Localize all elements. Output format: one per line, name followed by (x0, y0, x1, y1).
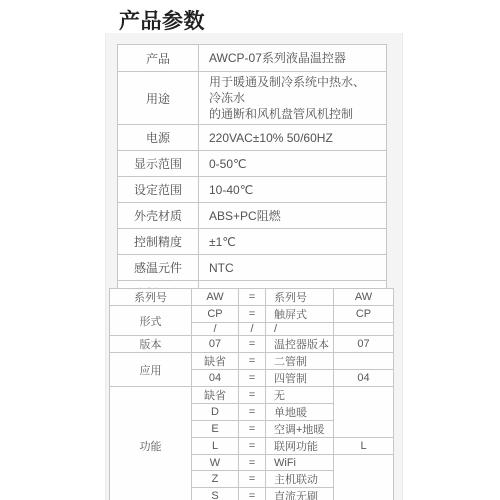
equals-sign: = (239, 488, 266, 500)
spec-value-line: 用于暖通及制冷系统中热水、冷冻水 (209, 74, 376, 106)
model-value (334, 323, 394, 336)
spec-label: 感温元件 (118, 255, 199, 281)
model-code: D (192, 404, 239, 421)
model-group-label: 版本 (110, 336, 192, 353)
spec-value-line: 的通断和风机盘管风机控制 (209, 106, 376, 122)
model-desc: 触屏式 (266, 306, 334, 323)
spec-value: 10-40℃ (199, 177, 387, 203)
model-group-label: 形式 (110, 306, 192, 336)
model-group-label: 功能 (110, 387, 192, 500)
model-desc: 联网功能 (266, 438, 334, 455)
model-value: 07 (334, 336, 394, 353)
model-desc: 系列号 (266, 289, 334, 306)
model-desc: 二管制 (266, 353, 334, 370)
equals-sign: / (239, 323, 266, 336)
table-row: 外壳材质 ABS+PC阻燃 (118, 203, 387, 229)
model-code: Z (192, 471, 239, 488)
spec-value: NTC (199, 255, 387, 281)
equals-sign: = (239, 306, 266, 323)
equals-sign: = (239, 404, 266, 421)
spec-value: AWCP-07系列液晶温控器 (199, 45, 387, 72)
equals-sign: = (239, 289, 266, 306)
equals-sign: = (239, 370, 266, 387)
model-desc: / (266, 323, 334, 336)
spec-value: ABS+PC阻燃 (199, 203, 387, 229)
model-code: L (192, 438, 239, 455)
table-row: 控制精度 ±1℃ (118, 229, 387, 255)
table-row: 系列号 AW = 系列号 AW (110, 289, 394, 306)
equals-sign: = (239, 438, 266, 455)
model-desc: 直流无刷 (266, 488, 334, 500)
spec-label: 显示范围 (118, 151, 199, 177)
model-value: 04 (334, 370, 394, 387)
content-panel: 产品 AWCP-07系列液晶温控器 用途 用于暖通及制冷系统中热水、冷冻水 的通… (105, 33, 403, 500)
equals-sign: = (239, 353, 266, 370)
equals-sign: = (239, 421, 266, 438)
spec-label: 设定范围 (118, 177, 199, 203)
model-value (334, 387, 394, 438)
table-row: 版本 07 = 温控器版本 07 (110, 336, 394, 353)
model-desc: 无 (266, 387, 334, 404)
model-code: W (192, 455, 239, 471)
model-code: 缺省 (192, 353, 239, 370)
equals-sign: = (239, 471, 266, 488)
table-row: 用途 用于暖通及制冷系统中热水、冷冻水 的通断和风机盘管风机控制 (118, 72, 387, 125)
spec-label: 外壳材质 (118, 203, 199, 229)
model-code: 07 (192, 336, 239, 353)
spec-label: 产品 (118, 45, 199, 72)
spec-label: 控制精度 (118, 229, 199, 255)
page-title: 产品参数 (119, 5, 205, 35)
model-code: / (192, 323, 239, 336)
equals-sign: = (239, 336, 266, 353)
model-desc: 主机联动 (266, 471, 334, 488)
model-code: 缺省 (192, 387, 239, 404)
model-code: CP (192, 306, 239, 323)
model-value: L (334, 438, 394, 455)
table-row: 应用 缺省 = 二管制 (110, 353, 394, 370)
spec-label: 电源 (118, 125, 199, 151)
model-desc: 四管制 (266, 370, 334, 387)
model-code: 04 (192, 370, 239, 387)
table-row: 电源 220VAC±10% 50/60HZ (118, 125, 387, 151)
model-group-label: 应用 (110, 353, 192, 387)
model-code: E (192, 421, 239, 438)
spec-value: ±1℃ (199, 229, 387, 255)
model-desc: 温控器版本 (266, 336, 334, 353)
model-code: AW (192, 289, 239, 306)
table-row: 产品 AWCP-07系列液晶温控器 (118, 45, 387, 72)
model-value: CP (334, 306, 394, 323)
model-desc: WiFi (266, 455, 334, 471)
spec-label: 用途 (118, 72, 199, 125)
model-desc: 空调+地暖 (266, 421, 334, 438)
table-row: 设定范围 10-40℃ (118, 177, 387, 203)
model-value (334, 455, 394, 500)
table-row: 形式 CP = 触屏式 CP (110, 306, 394, 323)
model-value (334, 353, 394, 370)
spec-value: 220VAC±10% 50/60HZ (199, 125, 387, 151)
table-row: 功能 缺省 = 无 (110, 387, 394, 404)
model-code: S (192, 488, 239, 500)
equals-sign: = (239, 387, 266, 404)
spec-value: 用于暖通及制冷系统中热水、冷冻水 的通断和风机盘管风机控制 (199, 72, 387, 125)
model-value: AW (334, 289, 394, 306)
model-desc: 单地暖 (266, 404, 334, 421)
equals-sign: = (239, 455, 266, 471)
table-row: 显示范围 0-50℃ (118, 151, 387, 177)
table-row: 感温元件 NTC (118, 255, 387, 281)
spec-value: 0-50℃ (199, 151, 387, 177)
model-table: 系列号 AW = 系列号 AW 形式 CP = 触屏式 CP / / / 版本 … (109, 288, 394, 500)
model-group-label: 系列号 (110, 289, 192, 306)
